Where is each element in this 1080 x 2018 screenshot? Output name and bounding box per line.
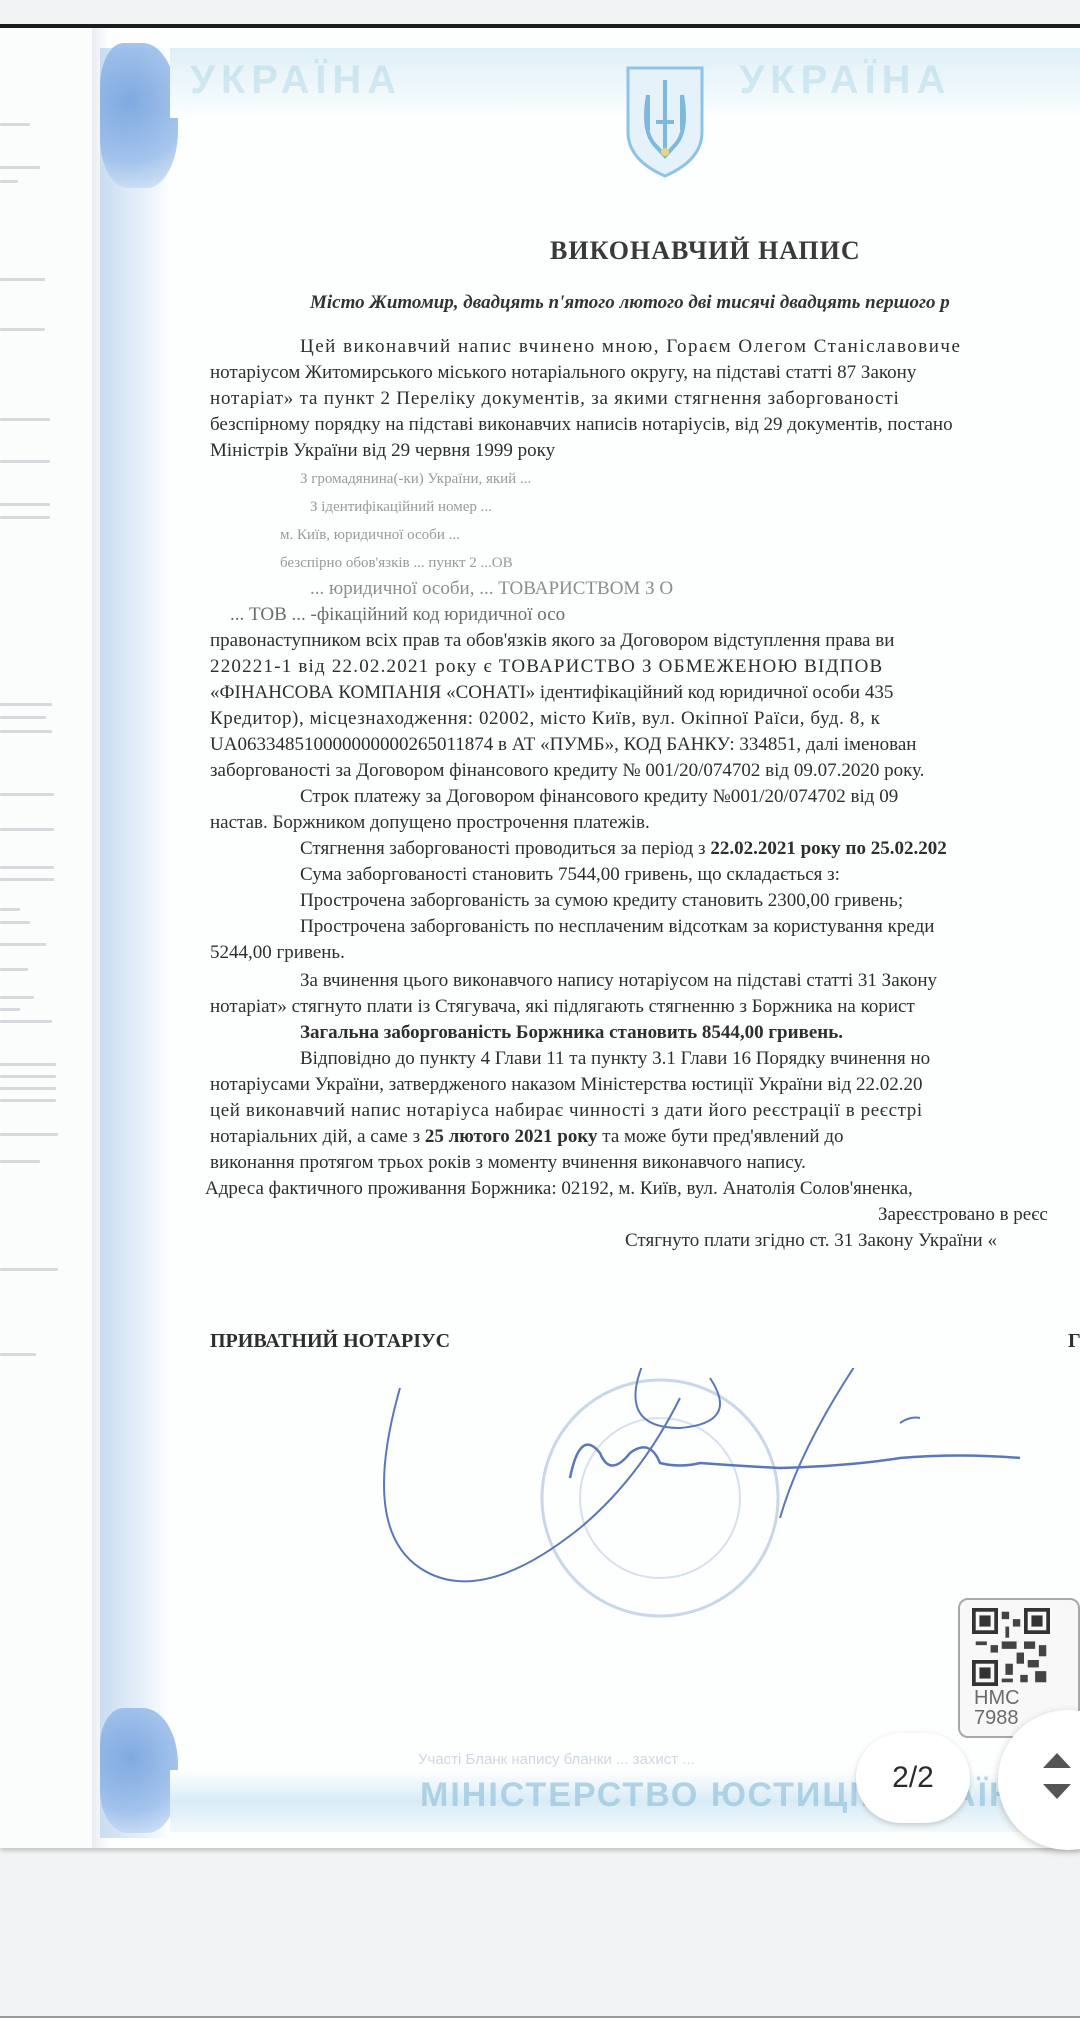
prev-text-line	[0, 1087, 56, 1090]
text-line: Міністрів України від 29 червня 1999 рок…	[210, 438, 555, 464]
prev-text-line	[0, 418, 50, 421]
guilloche-border-left	[100, 48, 172, 1838]
prev-text-line	[0, 996, 34, 999]
text-line: нотаріат» та пункт 2 Переліку документів…	[210, 386, 900, 412]
garbled-text-line: ... ТОВ ... -фікаційний код юридичної ос…	[230, 602, 565, 628]
text-line: цей виконавчий напис нотаріуса набирає ч…	[210, 1098, 923, 1124]
prev-text-line	[0, 730, 52, 733]
prev-text-line	[0, 1133, 58, 1136]
prev-text-line	[0, 460, 50, 463]
prev-text-line	[0, 180, 18, 183]
text-line: безспірному порядку на підставі виконавч…	[210, 412, 953, 438]
signature-title: ПРИВАТНИЙ НОТАРІУС	[210, 1328, 450, 1354]
period-line: Стягнення заборгованості проводиться за …	[300, 836, 947, 862]
previous-page-sliver	[0, 28, 92, 1848]
registration-line: Зареєстровано в реєс	[878, 1202, 1048, 1228]
text-line: заборгованості за Договором фінансового …	[210, 758, 924, 784]
prev-text-line	[0, 921, 30, 924]
guilloche-corner-top	[100, 43, 178, 188]
prev-text-line	[0, 793, 54, 796]
text-line: За вчинення цього виконавчого напису нот…	[300, 968, 937, 994]
prev-text-line	[0, 1075, 56, 1078]
arrow-down-icon[interactable]	[1043, 1784, 1071, 1799]
prev-text-line	[0, 1353, 36, 1356]
guilloche-corner-bottom	[100, 1708, 178, 1833]
overdue-interest-amount: 5244,00 гривень.	[210, 940, 345, 966]
text-line: Цей виконавчий напис вчинено мною, Горає…	[300, 334, 961, 360]
prev-text-line	[0, 123, 30, 126]
garbled-text-line: З ідентифікаційний номер ...	[310, 494, 492, 520]
viewer-top-gap	[0, 0, 1080, 24]
garbled-text-line: безспірно обов'язків ... пункт 2 ...ОВ	[280, 550, 513, 576]
prev-text-line	[0, 943, 46, 946]
text-line: правонаступником всіх прав та обов'язків…	[210, 628, 894, 654]
coat-of-arms-icon	[620, 60, 710, 180]
document-title: ВИКОНАВЧИЙ НАПИС	[550, 238, 861, 264]
signature-right-initial: Г	[1068, 1328, 1080, 1354]
text-line: 220221-1 від 22.02.2021 року є ТОВАРИСТВ…	[210, 654, 883, 680]
text-line: настав. Боржником допущено прострочення …	[210, 810, 650, 836]
prev-text-line	[0, 503, 50, 506]
prev-text-line	[0, 908, 20, 911]
document-page[interactable]: УКРАЇНА УКРАЇНА Участі Бланк напису блан…	[0, 28, 1080, 1848]
prev-text-line	[0, 516, 50, 519]
text-line: Відповідно до пункту 4 Глави 11 та пункт…	[300, 1046, 930, 1072]
total-debt-line: Загальна заборгованість Боржника станови…	[300, 1020, 843, 1046]
prev-text-line	[0, 716, 46, 719]
pdf-viewer[interactable]: УКРАЇНА УКРАЇНА Участі Бланк напису блан…	[0, 0, 1080, 2018]
qr-label: НМС 7988	[974, 1688, 1020, 1728]
overdue-interest-line: Прострочена заборгованість по несплачени…	[300, 914, 934, 940]
prev-text-line	[0, 328, 45, 331]
text-line: нотаріусами України, затвердженого наказ…	[210, 1072, 923, 1098]
text-line: нотаріат» стягнуто плати із Стягувача, я…	[210, 994, 915, 1020]
prev-text-line	[0, 1063, 56, 1066]
page-indicator: 2/2	[856, 1733, 970, 1823]
footer-small-text: Участі Бланк напису бланки ... захист ..…	[418, 1751, 695, 1768]
overdue-principal-line: Прострочена заборгованість за сумою кред…	[300, 888, 903, 914]
prev-text-line	[0, 968, 28, 971]
prev-text-line	[0, 1008, 20, 1011]
notary-stamp-and-signature	[380, 1368, 1020, 1648]
prev-text-line	[0, 166, 40, 169]
text-line: Строк платежу за Договором фінансового к…	[300, 784, 898, 810]
text-line: «ФІНАНСОВА КОМПАНІЯ «СОНАТІ» ідентифікац…	[210, 680, 893, 706]
garbled-text-line: З громадянина(-ки) України, який ...	[300, 466, 531, 492]
debt-sum-line: Сума заборгованості становить 7544,00 гр…	[300, 862, 840, 888]
fee-line: Стягнуто плати згідно ст. 31 Закону Укра…	[625, 1228, 997, 1254]
debtor-address-line: Адреса фактичного проживання Боржника: 0…	[205, 1176, 913, 1202]
text-line: Кредитор), місцезнаходження: 02002, міст…	[210, 706, 880, 732]
prev-text-line	[0, 878, 54, 881]
city-date-line: Місто Житомир, двадцять п'ятого лютого д…	[310, 290, 950, 316]
prev-text-line	[0, 828, 54, 831]
garbled-text-line: ... юридичної особи, ... ТОВАРИСТВОМ З О	[310, 576, 673, 602]
effective-date-line: нотаріальних дій, а саме з 25 лютого 202…	[210, 1124, 844, 1150]
text-line: виконання протягом трьох років з моменту…	[210, 1150, 806, 1176]
prev-text-line	[0, 866, 54, 869]
prev-text-line	[0, 1160, 40, 1163]
prev-text-line	[0, 1099, 56, 1102]
prev-text-line	[0, 1020, 52, 1023]
garbled-text-line: м. Київ, юридичної особи ...	[280, 522, 460, 548]
qr-code-icon	[972, 1608, 1050, 1686]
arrow-up-icon[interactable]	[1043, 1753, 1071, 1768]
text-line: нотаріусом Житомирського міського нотарі…	[210, 360, 916, 386]
text-line: UA063348510000000000265011874 в АТ «ПУМБ…	[210, 732, 916, 758]
prev-text-line	[0, 1268, 58, 1271]
prev-text-line	[0, 703, 52, 706]
prev-text-line	[0, 278, 45, 281]
